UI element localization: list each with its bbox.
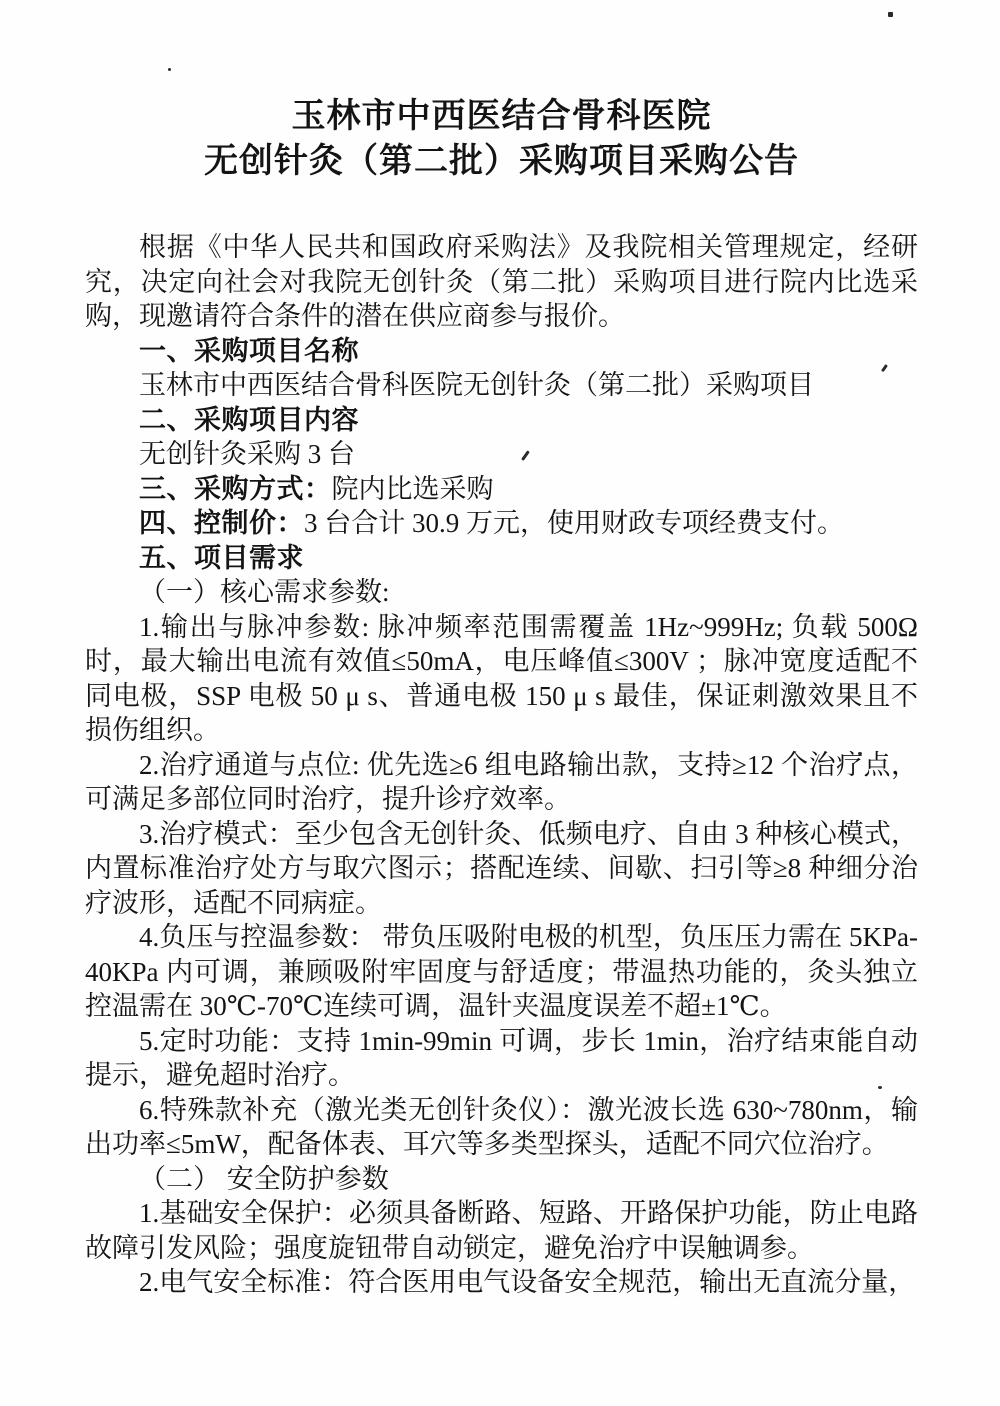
scan-artifact-dot: [888, 12, 893, 17]
intro-paragraph: 根据《中华人民共和国政府采购法》及我院相关管理规定，经研究，决定向社会对我院无创…: [85, 230, 918, 334]
safety-params-heading: （二） 安全防护参数: [85, 1162, 918, 1197]
core-param-item-3: 3.治疗模式：至少包含无创针灸、低频电疗、自由 3 种核心模式，内置标准治疗处方…: [85, 817, 918, 921]
scanned-document-page: 玉林市中西医结合骨科医院 无创针灸（第二批）采购项目采购公告 根据《中华人民共和…: [0, 0, 1000, 1406]
section-2-heading: 二、采购项目内容: [85, 403, 918, 438]
section-3-label: 三、采购方式：: [139, 474, 332, 504]
section-4-line: 四、控制价：3 台合计 30.9 万元，使用财政专项经费支付。: [85, 506, 918, 541]
document-title: 玉林市中西医结合骨科医院 无创针灸（第二批）采购项目采购公告: [85, 94, 918, 184]
scan-artifact-dot: [168, 68, 171, 71]
title-line-2: 无创针灸（第二批）采购项目采购公告: [85, 139, 918, 184]
core-param-item-4: 4.负压与控温参数： 带负压吸附电极的机型，负压压力需在 5KPa-40KPa …: [85, 920, 918, 1024]
scan-artifact-dot: [878, 1086, 882, 1089]
section-3-value: 院内比选采购: [332, 474, 494, 504]
safety-param-item-1: 1.基础安全保护：必须具备断路、短路、开路保护功能，防止电路故障引发风险；强度旋…: [85, 1196, 918, 1265]
core-param-item-1: 1.输出与脉冲参数: 脉冲频率范围需覆盖 1Hz~999Hz; 负载 500Ω …: [85, 610, 918, 748]
core-param-item-2: 2.治疗通道与点位: 优先选≥6 组电路输出款，支持≥12 个治疗点，可满足多部…: [85, 748, 918, 817]
title-line-1: 玉林市中西医结合骨科医院: [85, 94, 918, 139]
core-params-heading: （一）核心需求参数:: [85, 575, 918, 610]
scan-artifact-dot: [858, 752, 862, 755]
section-4-value: 3 台合计 30.9 万元，使用财政专项经费支付。: [304, 508, 844, 538]
safety-param-item-2: 2.电气安全标准：符合医用电气设备安全规范，输出无直流分量，: [85, 1265, 918, 1300]
section-1-heading: 一、采购项目名称: [85, 334, 918, 369]
section-3-line: 三、采购方式：院内比选采购: [85, 472, 918, 507]
core-param-item-6: 6.特殊款补充（激光类无创针灸仪）：激光波长选 630~780nm，输出功率≤5…: [85, 1093, 918, 1162]
section-5-heading: 五、项目需求: [85, 541, 918, 576]
document-content: 玉林市中西医结合骨科医院 无创针灸（第二批）采购项目采购公告 根据《中华人民共和…: [0, 0, 1000, 1300]
section-2-body: 无创针灸采购 3 台: [85, 437, 918, 472]
section-4-label: 四、控制价：: [139, 508, 304, 538]
section-1-body: 玉林市中西医结合骨科医院无创针灸（第二批）采购项目: [85, 368, 918, 403]
core-param-item-5: 5.定时功能：支持 1min-99min 可调，步长 1min，治疗结束能自动提…: [85, 1024, 918, 1093]
